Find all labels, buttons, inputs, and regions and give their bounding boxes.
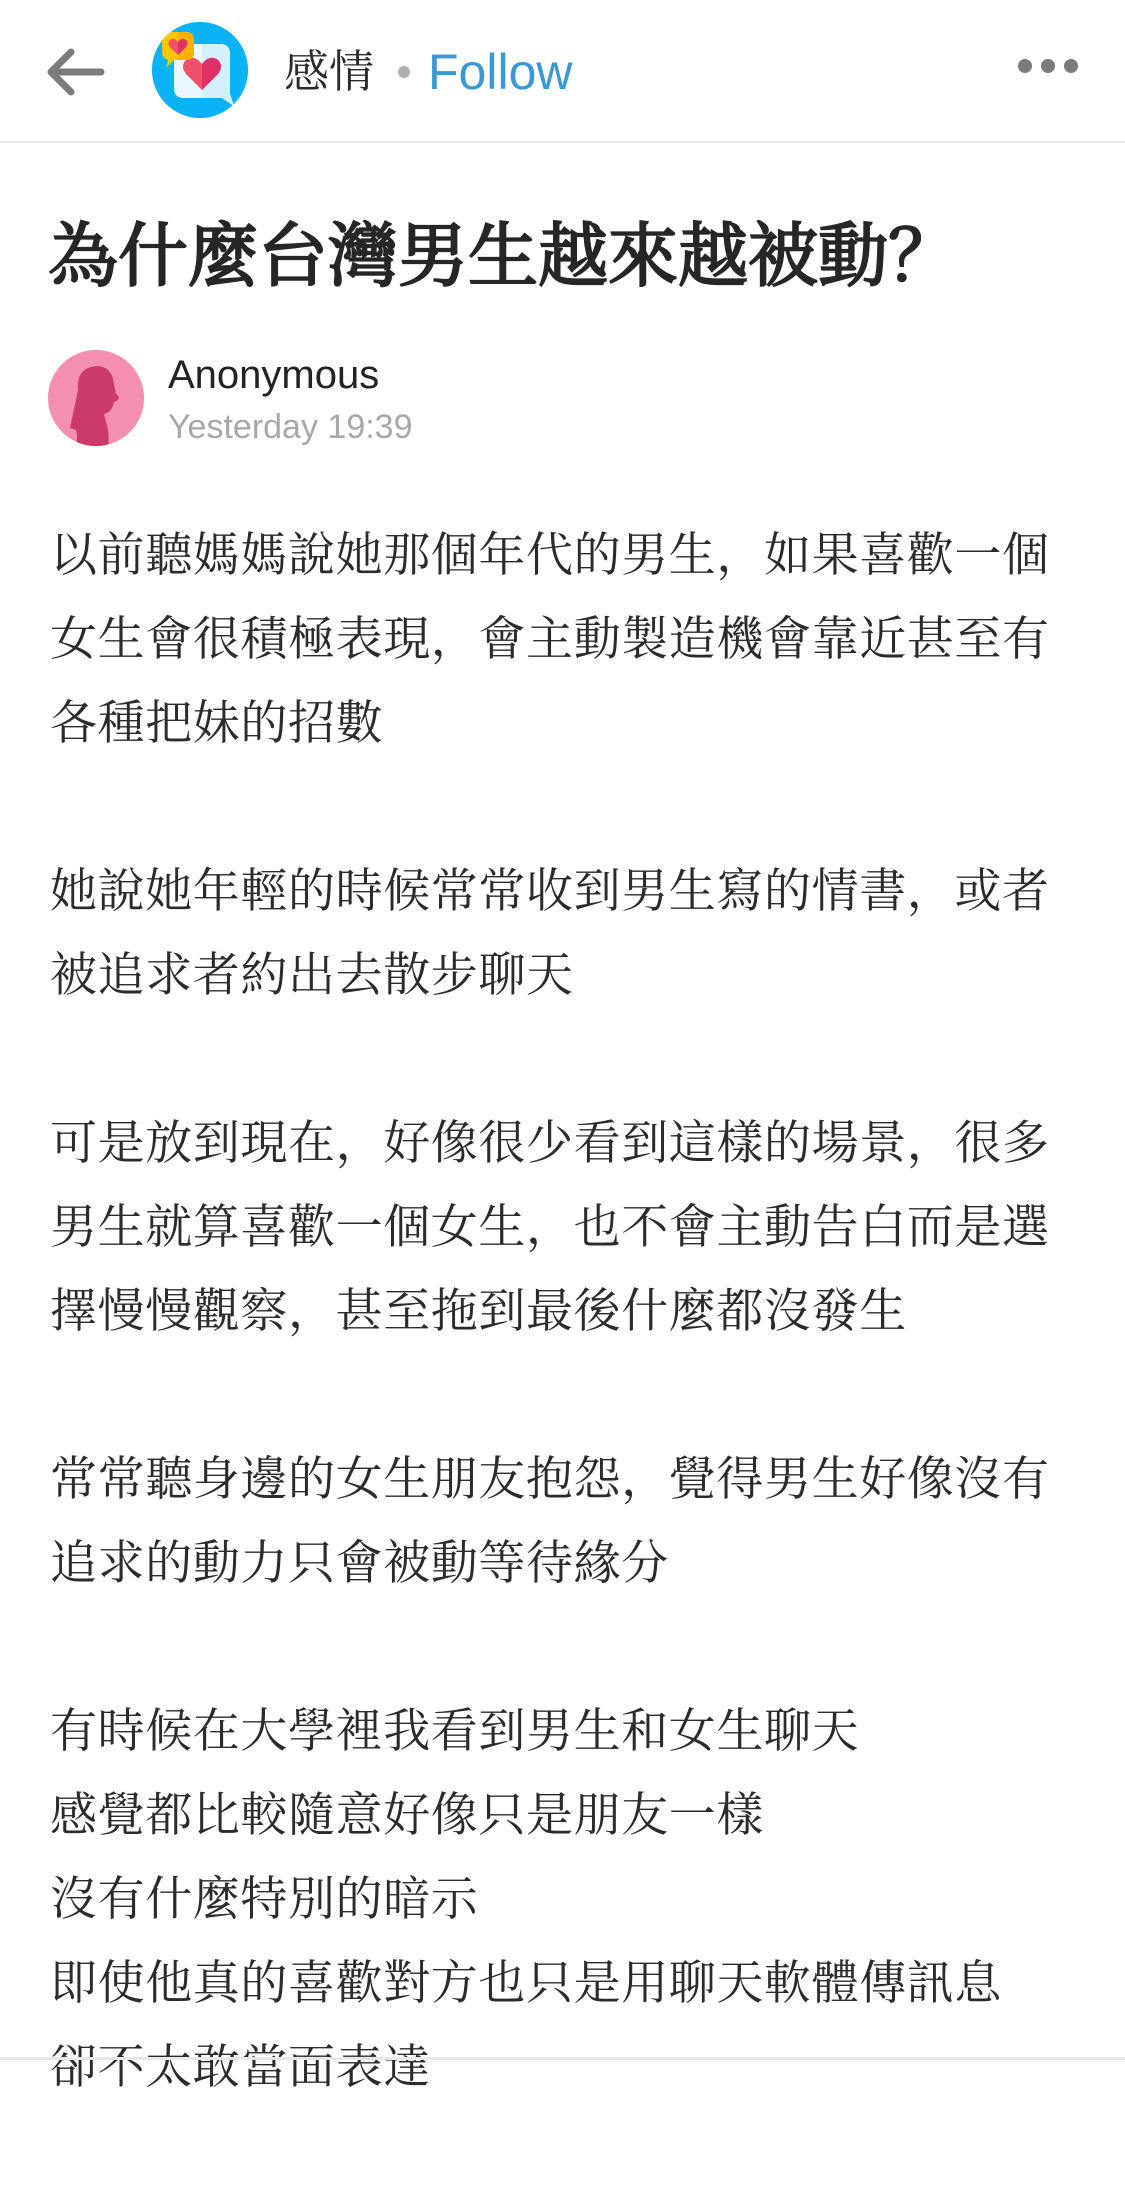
heart-chat-bubbles-icon — [152, 22, 248, 118]
text-line: 可是放到現在，好像很少看到這樣的場景，很多 — [50, 1102, 1080, 1186]
ellipsis-horizontal-icon — [1018, 59, 1032, 73]
text-line: 被追求者約出去散步聊天 — [50, 934, 1080, 1018]
female-silhouette-icon — [48, 350, 144, 446]
author-avatar[interactable] — [48, 350, 144, 446]
follow-button[interactable]: Follow — [428, 40, 572, 104]
more-options-button[interactable] — [1010, 44, 1086, 88]
text-line: 各種把妹的招數 — [50, 682, 1080, 766]
arrow-left-icon — [43, 46, 107, 98]
separator-dot — [398, 66, 410, 78]
text-line: 她說她年輕的時候常常收到男生寫的情書，或者 — [50, 850, 1080, 934]
post-title: 為什麼台灣男生越來越被動？ — [48, 206, 1088, 306]
paragraph: 有時候在大學裡我看到男生和女生聊天 感覺都比較隨意好像只是朋友一樣 沒有什麼特別… — [50, 1690, 1080, 2060]
author-name[interactable]: Anonymous — [168, 350, 379, 400]
text-line: 沒有什麼特別的暗示 — [50, 1858, 1080, 1942]
board-logo[interactable] — [152, 22, 248, 118]
paragraph: 以前聽媽媽說她那個年代的男生，如果喜歡一個 女生會很積極表現，會主動製造機會靠近… — [50, 514, 1080, 766]
ellipsis-dot — [1041, 59, 1055, 73]
paragraph: 可是放到現在，好像很少看到這樣的場景，很多 男生就算喜歡一個女生，也不會主動告白… — [50, 1102, 1080, 1354]
paragraph: 她說她年輕的時候常常收到男生寫的情書，或者 被追求者約出去散步聊天 — [50, 850, 1080, 1018]
text-line: 以前聽媽媽說她那個年代的男生，如果喜歡一個 — [50, 514, 1080, 598]
text-line: 即使他真的喜歡對方也只是用聊天軟體傳訊息 — [50, 1942, 1080, 2026]
text-line: 常常聽身邊的女生朋友抱怨，覺得男生好像沒有 — [50, 1438, 1080, 1522]
post-timestamp: Yesterday 19:39 — [168, 404, 413, 450]
top-nav-bar: 感情 Follow — [0, 0, 1125, 143]
text-line: 有時候在大學裡我看到男生和女生聊天 — [50, 1690, 1080, 1774]
text-line: 追求的動力只會被動等待緣分 — [50, 1522, 1080, 1606]
text-line: 卻不太敢當面表達 — [50, 2026, 1080, 2060]
board-name[interactable]: 感情 — [284, 40, 374, 104]
text-line: 擇慢慢觀察，甚至拖到最後什麼都沒發生 — [50, 1270, 1080, 1354]
ellipsis-dot — [1064, 59, 1078, 73]
text-line: 男生就算喜歡一個女生，也不會主動告白而是選 — [50, 1186, 1080, 1270]
paragraph: 常常聽身邊的女生朋友抱怨，覺得男生好像沒有 追求的動力只會被動等待緣分 — [50, 1438, 1080, 1606]
text-line: 感覺都比較隨意好像只是朋友一樣 — [50, 1774, 1080, 1858]
text-line: 女生會很積極表現，會主動製造機會靠近甚至有 — [50, 598, 1080, 682]
post-body: 以前聽媽媽說她那個年代的男生，如果喜歡一個 女生會很積極表現，會主動製造機會靠近… — [50, 514, 1080, 2060]
back-button[interactable] — [38, 40, 112, 104]
